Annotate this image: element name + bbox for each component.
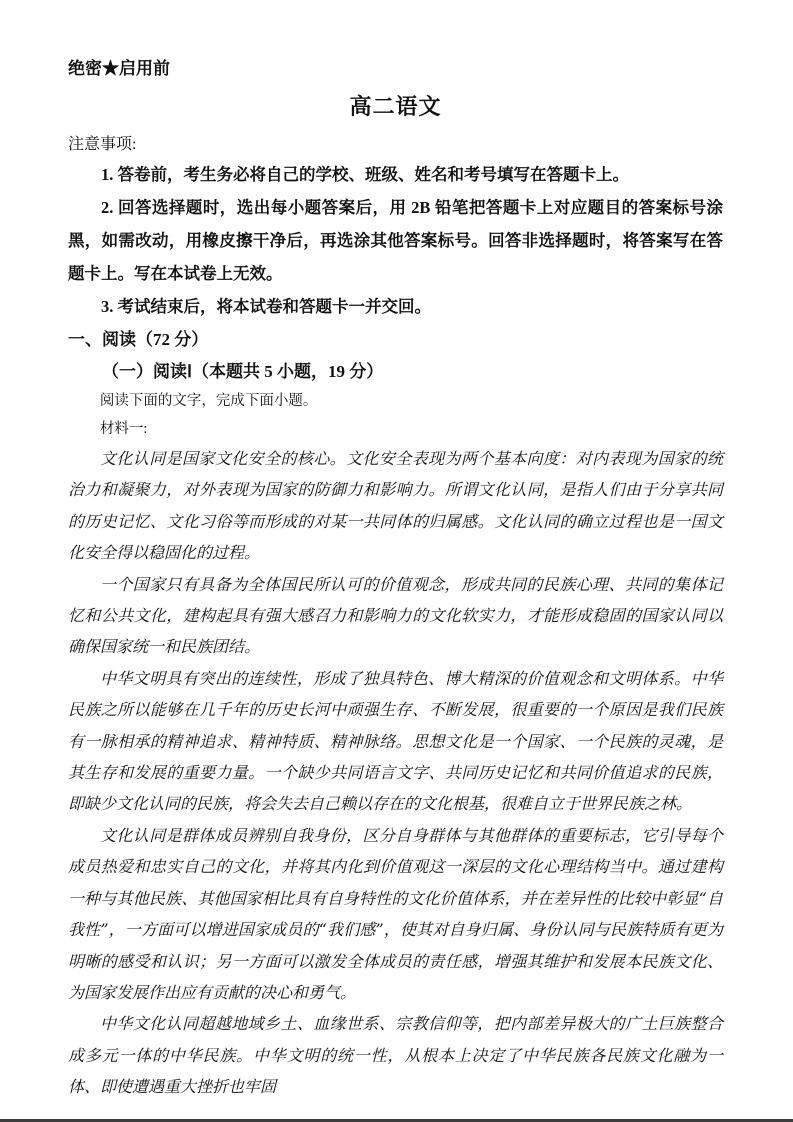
section-heading: 一、阅读（72 分） — [68, 323, 723, 356]
material-para-paragraph: 文化认同是群体成员辨别自我身份，区分自身群体与其他群体的重要标志，它引导每个成员… — [68, 820, 723, 1008]
page-title: 高二语文 — [68, 90, 723, 124]
notes-heading: 注意事项: — [68, 132, 723, 158]
classification-label: 绝密★启用前 — [68, 58, 723, 80]
notes-list: 1. 答卷前，考生务必将自己的学校、班级、姓名和考号填写在答题卡上。2. 回答选… — [68, 158, 723, 323]
reading-instruction: 阅读下面的文字，完成下面小题。 — [68, 388, 723, 415]
subsection-heading: （一）阅读Ⅰ（本题共 5 小题，19 分） — [68, 356, 723, 388]
material-para-paragraph: 一个国家只有具备为全体国民所认可的价值观念，形成共同的民族心理、共同的集体记忆和… — [68, 569, 723, 663]
exam-document-page: 绝密★启用前 高二语文 注意事项: 1. 答卷前，考生务必将自己的学校、班级、姓… — [0, 0, 793, 1122]
material-label: 材料一: — [68, 415, 723, 443]
material-para-paragraph: 中华文明具有突出的连续性，形成了独具特色、博大精深的价值观念和文明体系。中华民族… — [68, 663, 723, 820]
material-para-paragraph: 文化认同是国家文化安全的核心。文化安全表现为两个基本向度：对内表现为国家的统治力… — [68, 443, 723, 569]
note-paragraph: 3. 考试结束后，将本试卷和答题卡一并交回。 — [68, 290, 723, 323]
material-para-paragraph: 中华文化认同超越地域乡土、血缘世系、宗教信仰等，把内部差异极大的广土巨族整合成多… — [68, 1008, 723, 1102]
material-body: 文化认同是国家文化安全的核心。文化安全表现为两个基本向度：对内表现为国家的统治力… — [68, 443, 723, 1103]
note-paragraph: 2. 回答选择题时，选出每小题答案后，用 2B 铅笔把答题卡上对应题目的答案标号… — [68, 191, 723, 290]
note-paragraph: 1. 答卷前，考生务必将自己的学校、班级、姓名和考号填写在答题卡上。 — [68, 158, 723, 191]
